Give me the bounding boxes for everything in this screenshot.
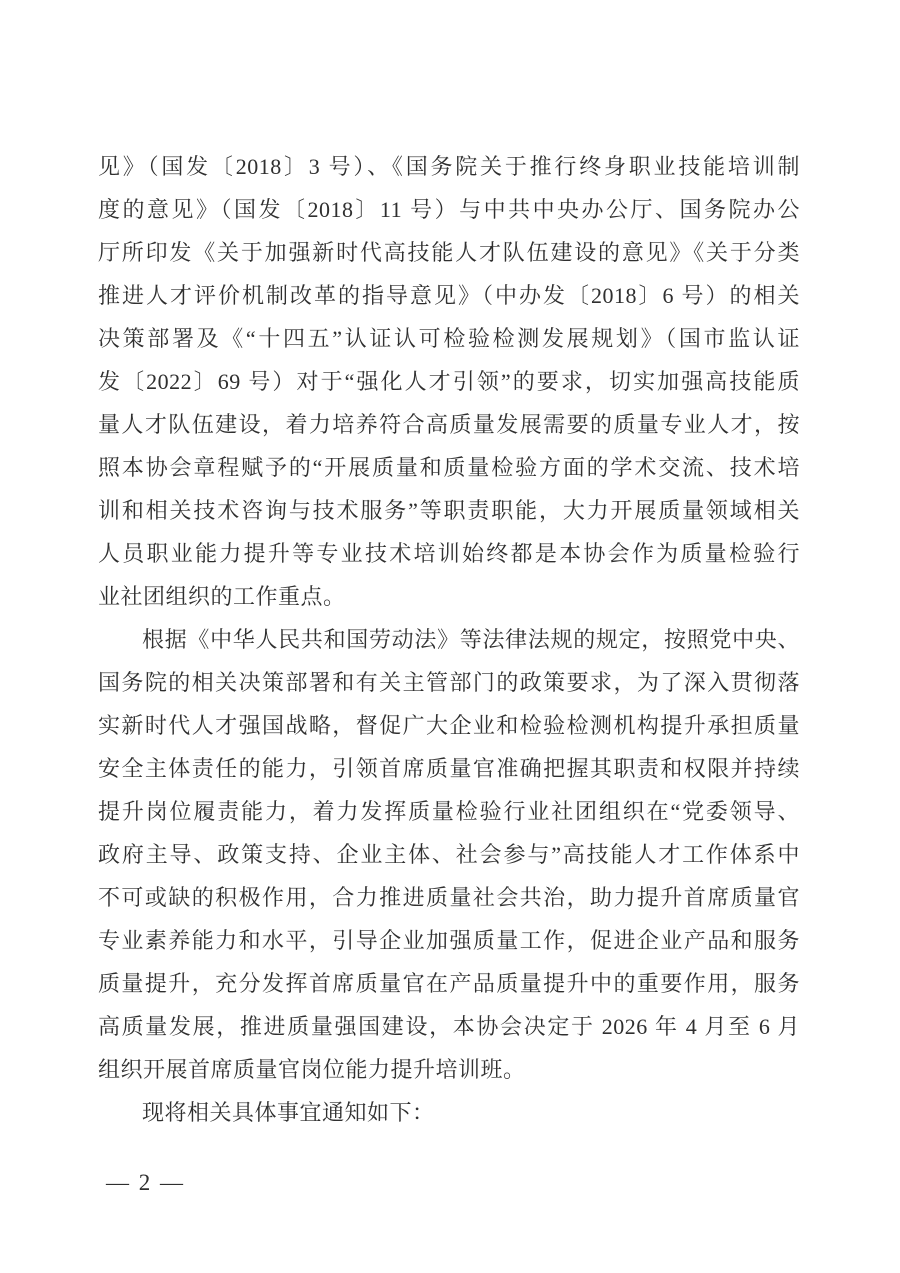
text-line: 不可或缺的积极作用，合力推进质量社会共治，助力提升首席质量官: [98, 876, 800, 919]
text-line: 高质量发展，推进质量强国建设，本协会决定于 2026 年 4 月至 6 月: [98, 1005, 800, 1048]
text-line: 照本协会章程赋予的“开展质量和质量检验方面的学术交流、技术培: [98, 446, 800, 489]
text-line: 量人才队伍建设，着力培养符合高质量发展需要的质量专业人才，按: [98, 403, 800, 446]
text-line: 训和相关技术咨询与技术服务”等职责职能，大力开展质量领域相关: [98, 489, 800, 532]
text-line: 组织开展首席质量官岗位能力提升培训班。: [98, 1048, 800, 1091]
text-line: 厅所印发《关于加强新时代高技能人才队伍建设的意见》《关于分类: [98, 231, 800, 274]
text-line: 推进人才评价机制改革的指导意见》（中办发〔2018〕6 号）的相关: [98, 274, 800, 317]
document-body: 见》（国发〔2018〕3 号）、《国务院关于推行终身职业技能培训制度的意见》（国…: [98, 145, 800, 1134]
text-line: 见》（国发〔2018〕3 号）、《国务院关于推行终身职业技能培训制: [98, 145, 800, 188]
document-page: 见》（国发〔2018〕3 号）、《国务院关于推行终身职业技能培训制度的意见》（国…: [0, 0, 900, 1273]
text-line: 安全主体责任的能力，引领首席质量官准确把握其职责和权限并持续: [98, 747, 800, 790]
page-number: — 2 —: [106, 1170, 185, 1196]
text-line: 现将相关具体事宜通知如下：: [98, 1091, 800, 1134]
text-line: 业社团组织的工作重点。: [98, 575, 800, 618]
text-line: 政府主导、政策支持、企业主体、社会参与”高技能人才工作体系中: [98, 833, 800, 876]
text-line: 实新时代人才强国战略，督促广大企业和检验检测机构提升承担质量: [98, 704, 800, 747]
text-line: 提升岗位履责能力，着力发挥质量检验行业社团组织在“党委领导、: [98, 790, 800, 833]
text-line: 度的意见》（国发〔2018〕11 号）与中共中央办公厅、国务院办公: [98, 188, 800, 231]
text-line: 决策部署及《“十四五”认证认可检验检测发展规划》（国市监认证: [98, 317, 800, 360]
text-line: 发〔2022〕69 号）对于“强化人才引领”的要求，切实加强高技能质: [98, 360, 800, 403]
text-line: 根据《中华人民共和国劳动法》等法律法规的规定，按照党中央、: [98, 618, 800, 661]
page-footer: — 2 —: [106, 1168, 185, 1198]
text-line: 质量提升，充分发挥首席质量官在产品质量提升中的重要作用，服务: [98, 962, 800, 1005]
text-line: 人员职业能力提升等专业技术培训始终都是本协会作为质量检验行: [98, 532, 800, 575]
text-line: 专业素养能力和水平，引导企业加强质量工作，促进企业产品和服务: [98, 919, 800, 962]
text-line: 国务院的相关决策部署和有关主管部门的政策要求，为了深入贯彻落: [98, 661, 800, 704]
